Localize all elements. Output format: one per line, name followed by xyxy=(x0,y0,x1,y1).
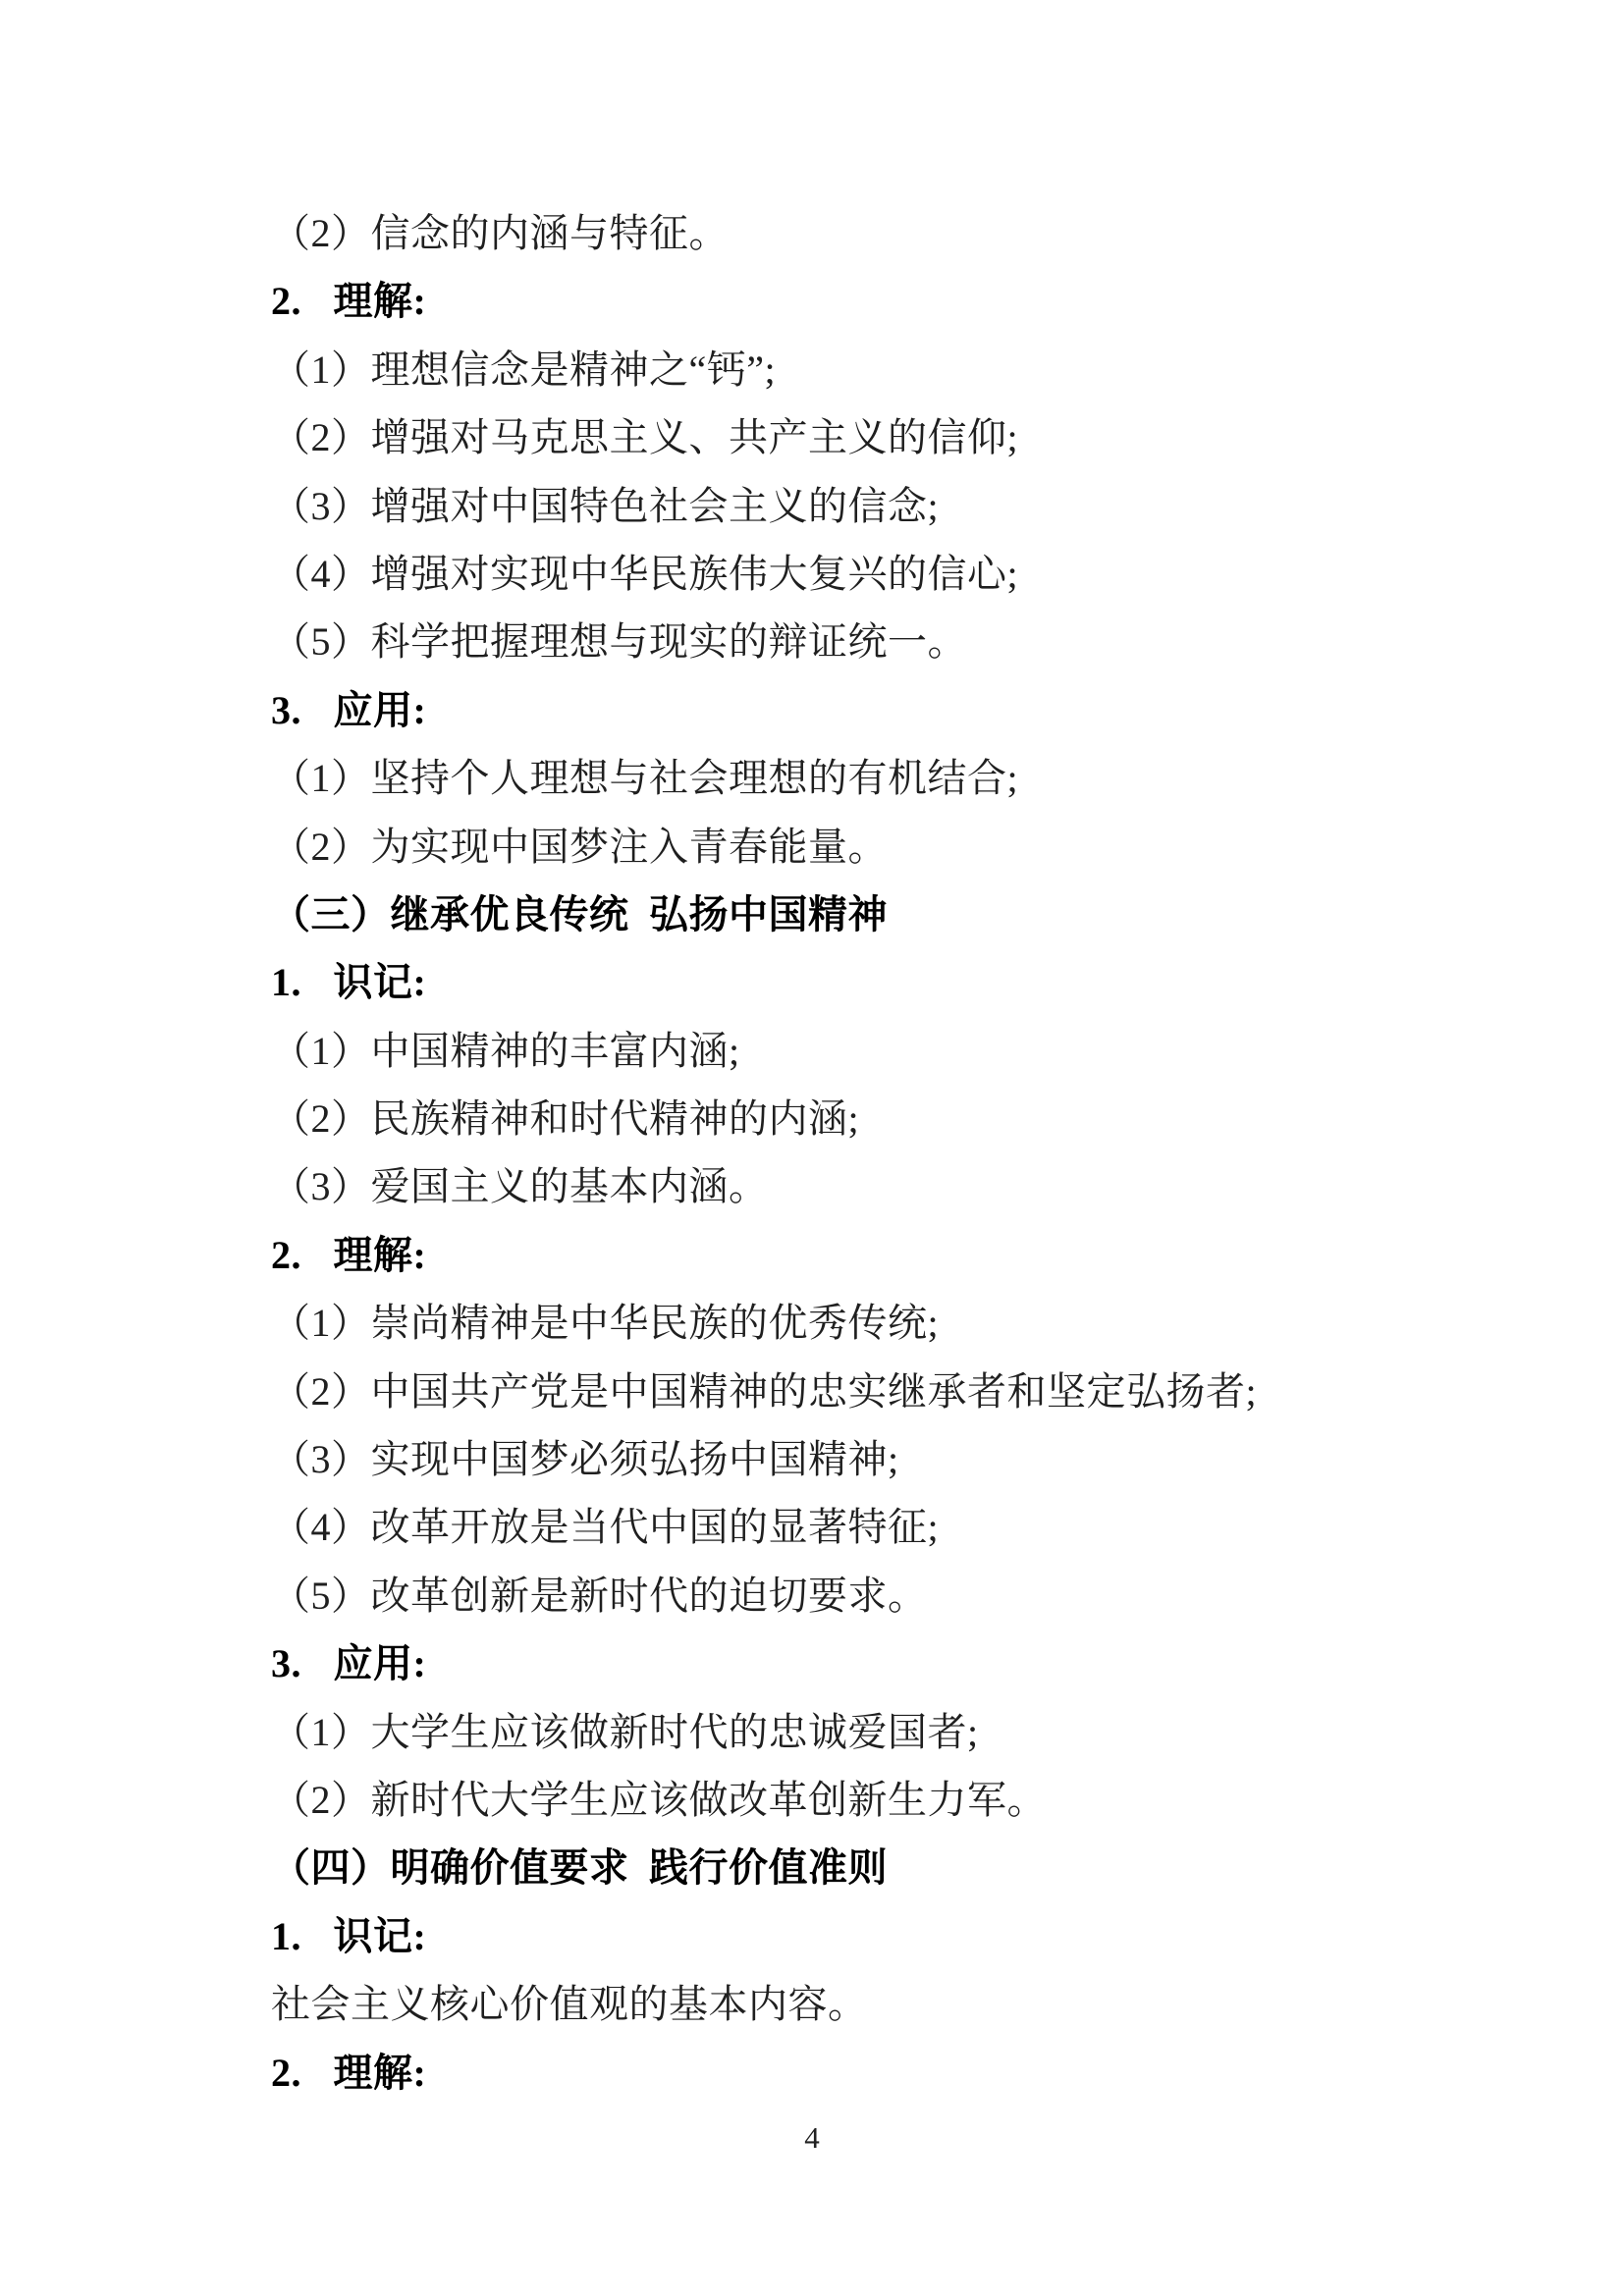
section-heading: （三）继承优良传统 弘扬中国精神 xyxy=(271,881,1585,948)
list-item: （4）增强对实现中华民族伟大复兴的信心; xyxy=(271,540,1585,608)
list-item: （1）坚持个人理想与社会理想的有机结合; xyxy=(271,744,1585,812)
list-item: （2）新时代大学生应该做改革创新生力军。 xyxy=(271,1766,1585,1834)
list-item: （4）改革开放是当代中国的显著特征; xyxy=(271,1493,1585,1561)
list-item: （3）实现中国梦必须弘扬中国精神; xyxy=(271,1425,1585,1493)
body-text: 社会主义核心价值观的基本内容。 xyxy=(271,1970,1585,2038)
list-item: （5）科学把握理想与现实的辩证统一。 xyxy=(271,608,1585,675)
list-item: （3）爱国主义的基本内涵。 xyxy=(271,1152,1585,1220)
level-heading: 2. 理解: xyxy=(271,2039,1585,2107)
list-item: （2）信念的内涵与特征。 xyxy=(271,199,1585,267)
level-heading: 3. 应用: xyxy=(271,676,1585,744)
document-body: （2）信念的内涵与特征。2. 理解:（1）理想信念是精神之“钙”;（2）增强对马… xyxy=(271,199,1585,2107)
level-heading: 2. 理解: xyxy=(271,267,1585,335)
list-item: （1）崇尚精神是中华民族的优秀传统; xyxy=(271,1289,1585,1357)
list-item: （3）增强对中国特色社会主义的信念; xyxy=(271,472,1585,540)
level-heading: 1. 识记: xyxy=(271,1902,1585,1970)
section-heading: （四）明确价值要求 践行价值准则 xyxy=(271,1834,1585,1901)
level-heading: 2. 理解: xyxy=(271,1221,1585,1289)
level-heading: 3. 应用: xyxy=(271,1629,1585,1697)
list-item: （2）中国共产党是中国精神的忠实继承者和坚定弘扬者; xyxy=(271,1358,1585,1425)
document-page: （2）信念的内涵与特征。2. 理解:（1）理想信念是精神之“钙”;（2）增强对马… xyxy=(0,0,1624,2296)
list-item: （1）大学生应该做新时代的忠诚爱国者; xyxy=(271,1698,1585,1766)
list-item: （1）理想信念是精神之“钙”; xyxy=(271,336,1585,403)
list-item: （2）增强对马克思主义、共产主义的信仰; xyxy=(271,403,1585,471)
list-item: （1）中国精神的丰富内涵; xyxy=(271,1017,1585,1085)
level-heading: 1. 识记: xyxy=(271,948,1585,1016)
page-number: 4 xyxy=(0,2120,1624,2156)
list-item: （5）改革创新是新时代的迫切要求。 xyxy=(271,1562,1585,1629)
list-item: （2）民族精神和时代精神的内涵; xyxy=(271,1085,1585,1152)
list-item: （2）为实现中国梦注入青春能量。 xyxy=(271,813,1585,881)
